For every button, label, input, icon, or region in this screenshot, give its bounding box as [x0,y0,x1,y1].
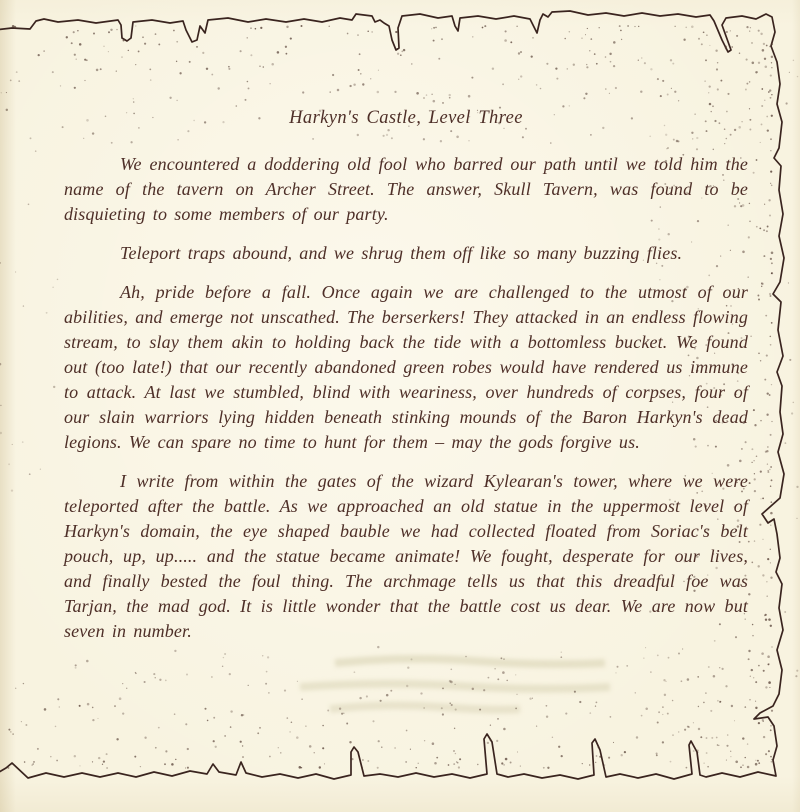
journal-paragraph: I write from within the gates of the wiz… [64,469,748,644]
journal-paragraph: Ah, pride before a fall. Once again we a… [64,280,748,455]
manual-page: Harkyn's Castle, Level Three We encounte… [0,0,800,812]
journal-paragraph: Teleport traps abound, and we shrug them… [64,241,748,266]
journal-paragraph: We encountered a doddering old fool who … [64,152,748,227]
journal-text: Harkyn's Castle, Level Three We encounte… [64,0,748,644]
page-title: Harkyn's Castle, Level Three [64,106,748,130]
ink-bleed-ghost [300,659,610,710]
